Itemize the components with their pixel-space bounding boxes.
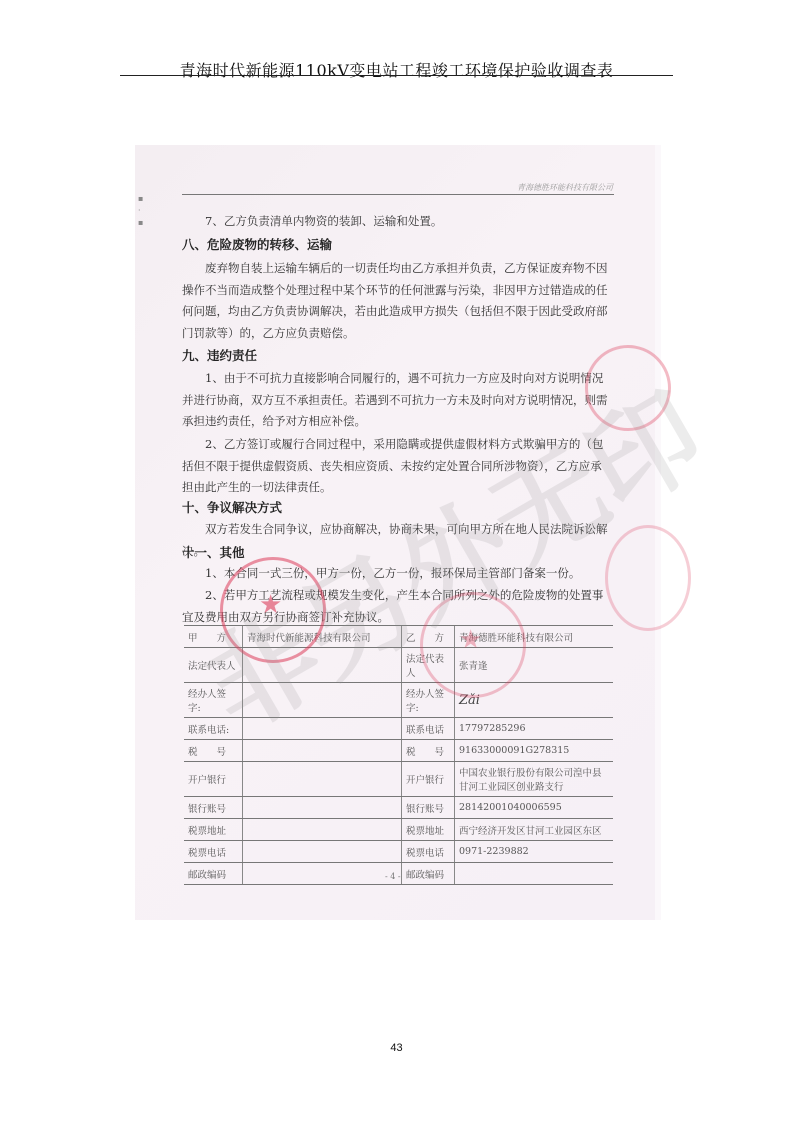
table-row: 银行账号银行账号28142001040006595 — [184, 797, 613, 819]
header-title: 青海时代新能源110kV变电站工程竣工环境保护验收调查表 — [120, 58, 673, 81]
inner-page-number: - 4 - — [385, 872, 401, 881]
party-a-label: 开户银行 — [184, 762, 243, 797]
party-b-value: 0971-2239882 — [455, 841, 614, 863]
party-b-value: 中国农业银行股份有限公司湟中县甘河工业园区创业路支行 — [455, 762, 614, 797]
party-a-label: 税票地址 — [184, 819, 243, 841]
party-a-label: 银行账号 — [184, 797, 243, 819]
section-8-title: 八、危险废物的转移、运输 — [182, 235, 332, 253]
header-rule — [120, 75, 673, 76]
letterhead-company: 青海德胜环能科技有限公司 — [517, 182, 613, 193]
party-a-value — [243, 841, 402, 863]
scanned-contract-page: ▪·▪ 青海德胜环能科技有限公司 7、乙方负责清单内物资的装卸、运输和处置。 八… — [135, 145, 661, 920]
party-b-label: 税 号 — [402, 740, 455, 762]
party-b-value: 西宁经济开发区甘河工业园区东区 — [455, 819, 614, 841]
party-a-value — [243, 863, 402, 885]
section-8-body: 废弃物自装上运输车辆后的一切责任均由乙方承担并负责，乙方保证废弃物不因操作不当而… — [182, 258, 612, 344]
table-row: 税票电话税票电话0971-2239882 — [184, 841, 613, 863]
section-11-title: 十一、其他 — [182, 543, 245, 561]
clause-7: 7、乙方负责清单内物资的装卸、运输和处置。 — [182, 211, 612, 233]
party-b-label: 邮政编码 — [402, 863, 455, 885]
party-a-label: 税 号 — [184, 740, 243, 762]
party-a-label: 税票电话 — [184, 841, 243, 863]
party-b-label: 税票电话 — [402, 841, 455, 863]
party-b-label: 联系电话 — [402, 718, 455, 740]
party-a-value — [243, 819, 402, 841]
party-a-value — [243, 762, 402, 797]
party-b-label: 税票地址 — [402, 819, 455, 841]
party-b-value: 91633000091G278315 — [455, 740, 614, 762]
section-9-title: 九、违约责任 — [182, 346, 257, 364]
scan-margin-marks: ▪·▪ — [138, 193, 143, 229]
table-row: 开户银行开户银行中国农业银行股份有限公司湟中县甘河工业园区创业路支行 — [184, 762, 613, 797]
party-b-value: 28142001040006595 — [455, 797, 614, 819]
party-b-value — [455, 863, 614, 885]
party-b-value: 17797285296 — [455, 718, 614, 740]
letterhead-rule — [182, 194, 614, 195]
section-10-title: 十、争议解决方式 — [182, 498, 282, 516]
table-row: 税票地址税票地址西宁经济开发区甘河工业园区东区 — [184, 819, 613, 841]
party-b-label: 开户银行 — [402, 762, 455, 797]
party-a-value — [243, 797, 402, 819]
party-b-label: 银行账号 — [402, 797, 455, 819]
page-number: 43 — [0, 1042, 793, 1054]
party-a-label: 邮政编码 — [184, 863, 243, 885]
